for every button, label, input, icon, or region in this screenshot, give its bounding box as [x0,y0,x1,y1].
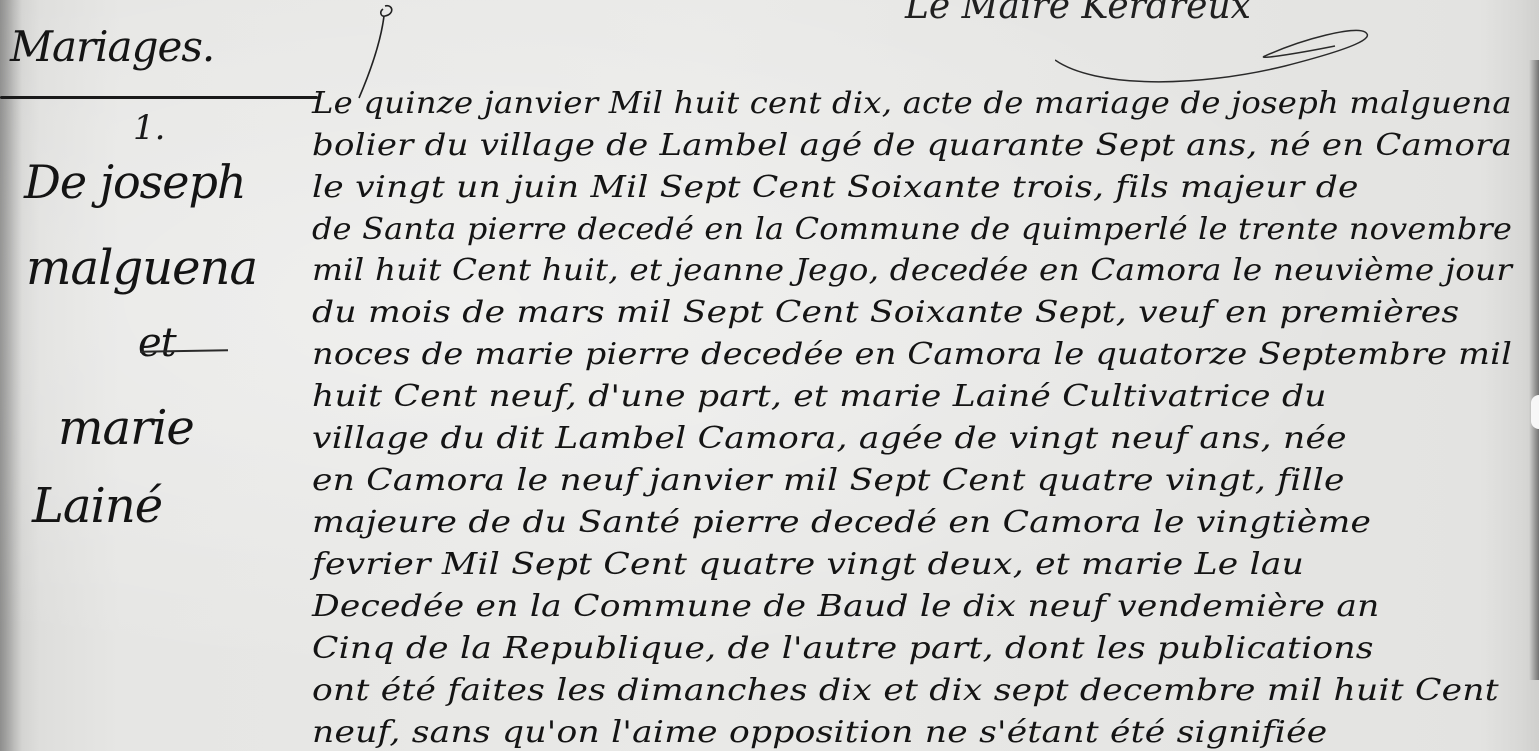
register-page: Mariages. 1. De joseph malguena et marie… [0,0,1539,751]
entry-number: 1. [133,108,165,148]
margin-conjunction-rule [140,349,228,353]
body-line: bolier du village de Lambel agé de quara… [312,128,1512,163]
margin-groom-first-name: De joseph [24,155,246,209]
body-line: Le quinze janvier Mil huit cent dix, act… [312,86,1512,121]
margin-bride-surname: Lainé [32,478,162,534]
margin-bride-first-name: marie [58,400,194,456]
body-line: Cinq de la Republique, de l'autre part, … [312,631,1374,666]
heading-underline [0,96,318,99]
signature-flourish-icon [1055,18,1395,88]
margin-conjunction: et [138,320,176,366]
body-line: village du dit Lambel Camora, agée de vi… [312,421,1347,456]
body-line: du mois de mars mil Sept Cent Soixante S… [312,295,1459,330]
body-line: huit Cent neuf, d'une part, et marie Lai… [312,379,1327,414]
body-line: noces de marie pierre decedée en Camora … [312,337,1512,372]
body-line: ont été faites les dimanches dix et dix … [312,673,1499,708]
margin-groom-surname: malguena [26,240,257,296]
body-line: Decedée en la Commune de Baud le dix neu… [312,589,1380,624]
body-line: neuf, sans qu'on l'aime opposition ne s'… [312,715,1327,750]
body-line: le vingt un juin Mil Sept Cent Soixante … [312,170,1359,205]
body-line: majeure de du Santé pierre decedé en Cam… [312,505,1371,540]
body-line: mil huit Cent huit, et jeanne Jego, dece… [312,253,1512,288]
margin-column: Mariages. 1. De joseph malguena et marie… [0,0,310,751]
body-line: en Camora le neuf janvier mil Sept Cent … [312,463,1345,498]
paraph-flourish-icon [355,0,395,100]
page-edge-highlight [1531,395,1539,429]
body-line: fevrier Mil Sept Cent quatre vingt deux,… [312,547,1304,582]
section-heading: Mariages. [10,22,214,71]
body-line: de Santa pierre decedé en la Commune de … [312,212,1512,247]
page-right-edge [1529,60,1539,680]
